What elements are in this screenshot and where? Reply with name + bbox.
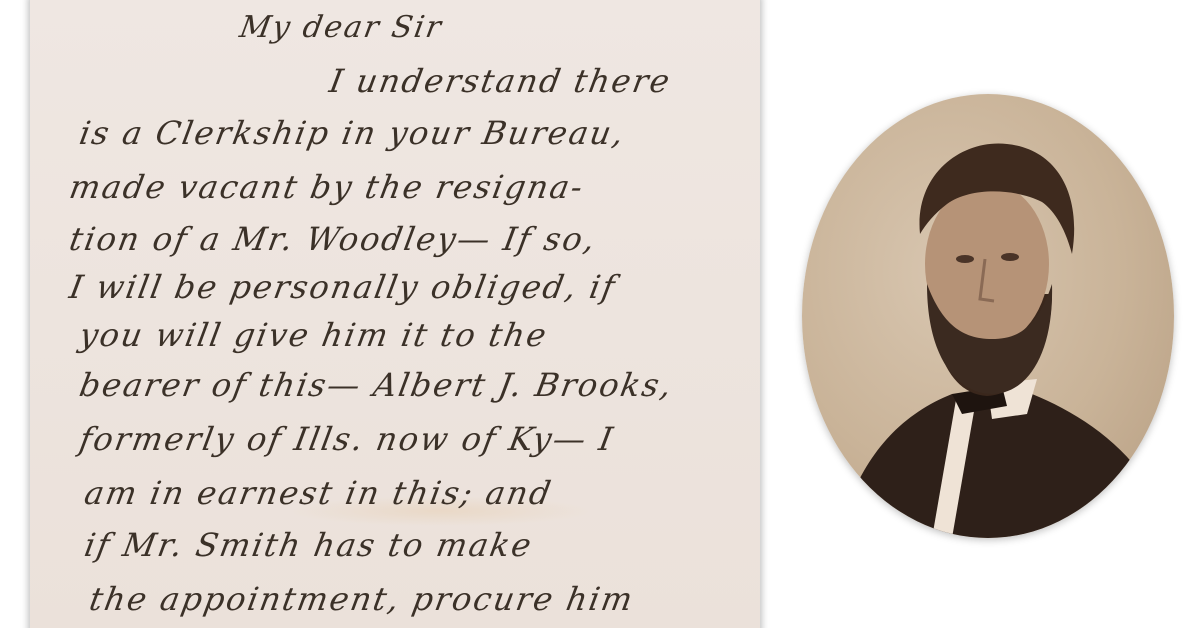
letter-line: formerly of Ills. now of Ky— I — [77, 420, 618, 458]
letter-line: I will be personally obliged, if — [67, 268, 620, 306]
letter-salutation: My dear Sir — [237, 10, 446, 45]
letter-line: made vacant by the resigna- — [67, 168, 588, 206]
letter-line: is a Clerkship in your Bureau, — [77, 114, 629, 152]
letter-line: tion of a Mr. Woodley— If so, — [67, 220, 600, 258]
letter-line: am in earnest in this; and — [82, 474, 556, 512]
letter-line: if Mr. Smith has to make — [82, 526, 536, 564]
oval-portrait — [802, 94, 1174, 538]
letter-line: the appointment, procure him — [87, 580, 638, 618]
letter-line: I understand there — [327, 62, 675, 100]
letter-line: bearer of this— Albert J. Brooks, — [77, 366, 677, 404]
handwritten-letter: My dear Sir I understand there is a Cler… — [30, 0, 760, 628]
portrait-figure-illustration — [802, 94, 1174, 538]
letter-line: you will give him it to the — [77, 316, 551, 354]
